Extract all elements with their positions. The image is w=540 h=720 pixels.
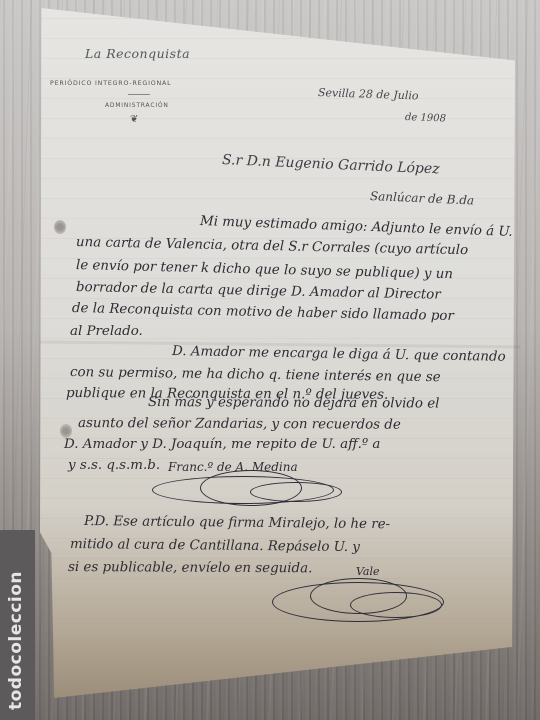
postscript-line: si es publicable, envíelo en seguida.: [68, 560, 312, 576]
dateline-year: de 1908: [405, 112, 446, 124]
body-line: al Prelado.: [70, 324, 143, 339]
letterhead-department: ADMINISTRACIÓN: [105, 102, 169, 109]
body-line: y s.s. q.s.m.b.: [68, 458, 160, 473]
body-line: D. Amador y D. Joaquín, me repito de U. …: [64, 437, 380, 452]
postscript-line: mitido al cura de Cantillana. Repáselo U…: [70, 537, 360, 555]
postscript-line: P.D. Ese artículo que firma Miralejo, lo…: [84, 514, 390, 532]
watermark-text: todocoleccion: [6, 548, 28, 710]
body-line: Sin más y esperando no dejará en olvido …: [148, 395, 440, 412]
punch-hole-bottom: [60, 424, 72, 438]
letterhead-title: La Reconquista: [85, 46, 190, 61]
ornament-icon: ❦: [130, 114, 138, 125]
postscript-initials: Vale: [356, 565, 380, 578]
punch-hole-top: [54, 220, 66, 234]
body-line: asunto del señor Zandarias, y con recuer…: [78, 416, 401, 433]
letterhead-subtitle: PERIÓDICO INTEGRO-REGIONAL: [50, 80, 171, 87]
letterhead-rule: [128, 94, 150, 95]
